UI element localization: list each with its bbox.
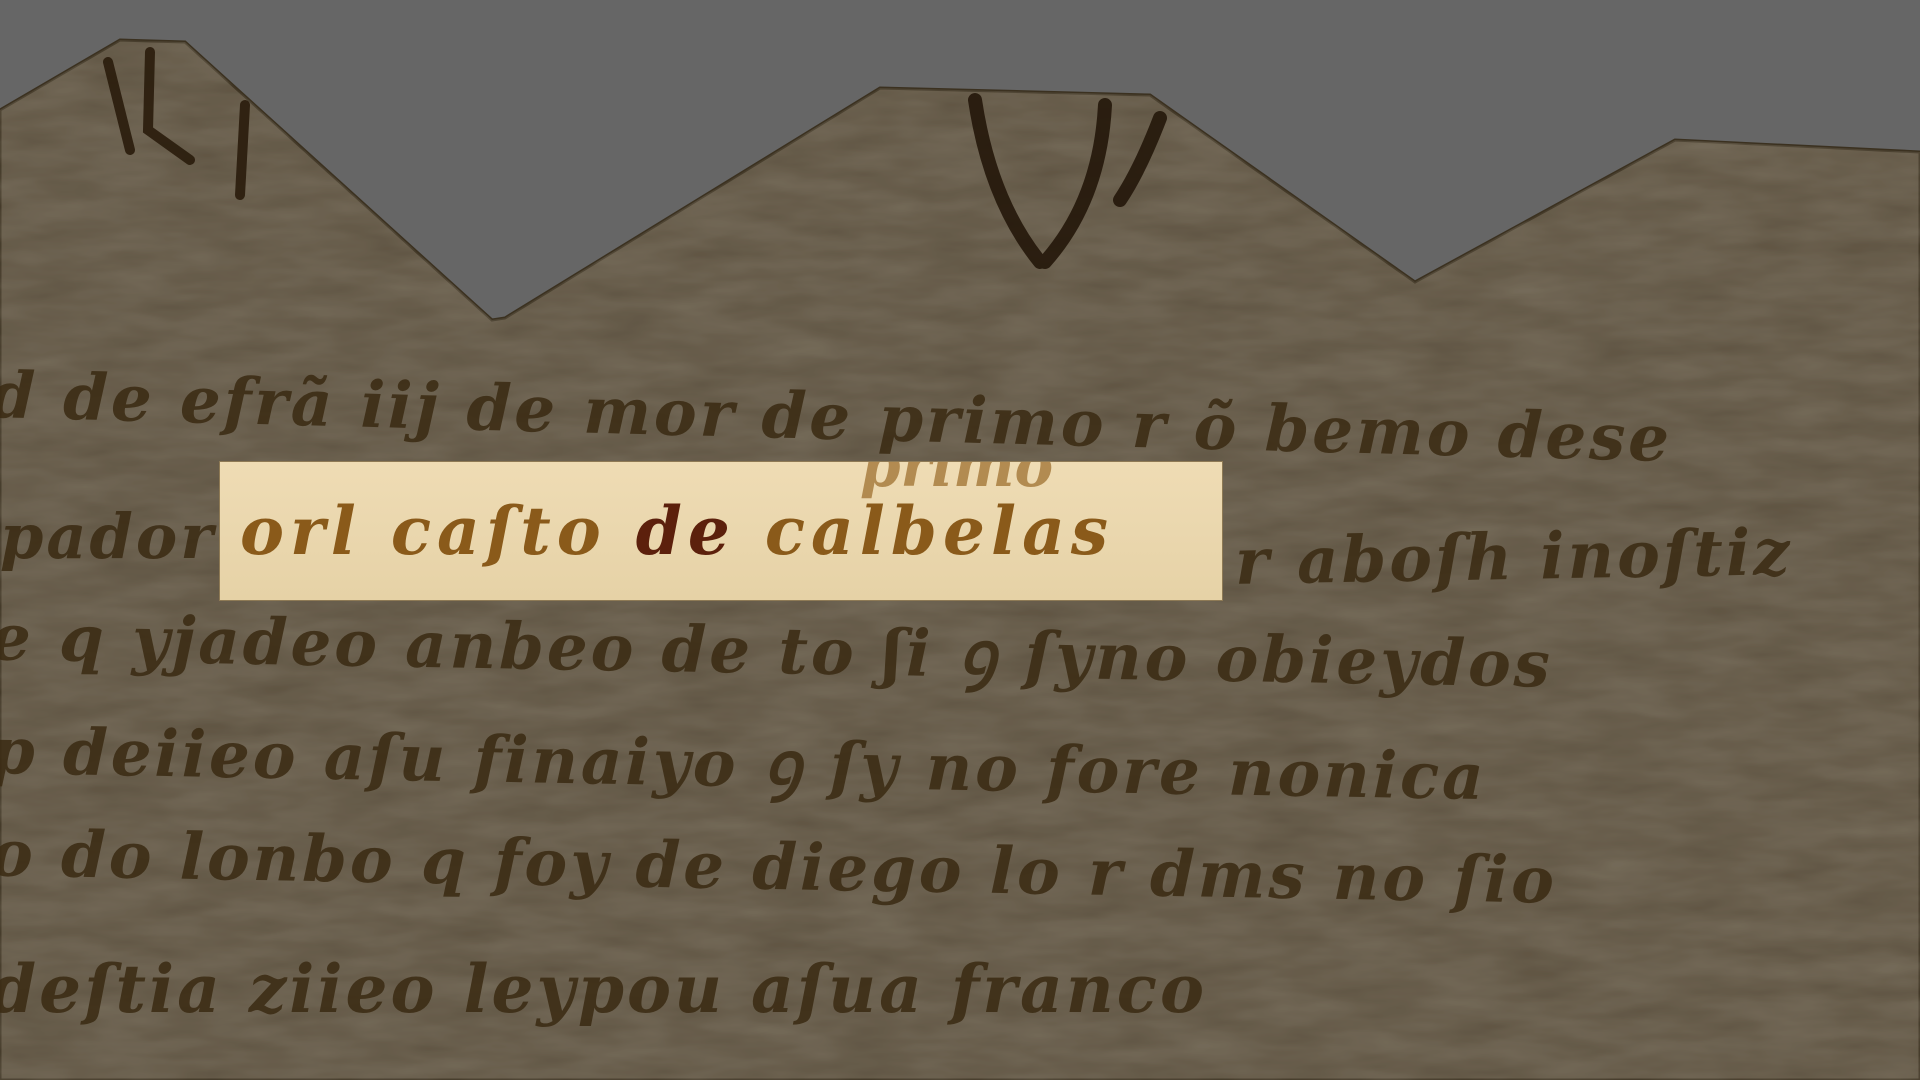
manuscript-line-6: deſtia ziieo leypou aſua franco (0, 950, 1207, 1028)
hl-word-3: de (636, 492, 736, 570)
manuscript-viewer: d de efrã iij de mor de primo r õ bemo d… (0, 0, 1920, 1080)
hl-word-2: caſto (391, 492, 607, 570)
highlighted-transcription: orl caſto de calbelas (240, 492, 1114, 570)
manuscript-line-2-right: r aboſh inoſtiz (1234, 515, 1793, 600)
hl-word-1: orl (240, 492, 362, 570)
manuscript-line-2-left: pador (0, 500, 216, 573)
highlighted-line-region[interactable]: primo orl caſto de calbelas (220, 462, 1222, 600)
hl-word-4: calbelas (765, 492, 1114, 570)
